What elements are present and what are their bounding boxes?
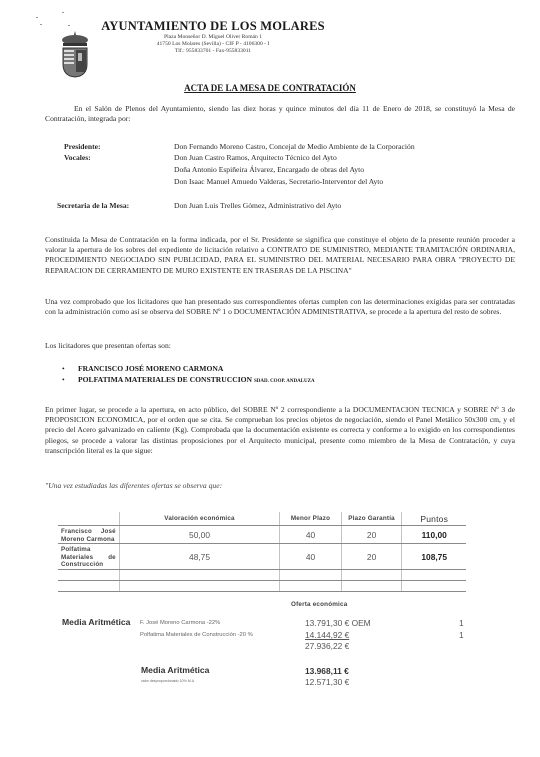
president-name: Don Fernando Moreno Castro, Concejal de … xyxy=(174,142,415,151)
evaluation-table: Valoración económica Menor Plazo Plazo G… xyxy=(58,512,466,592)
score-cell: 40 xyxy=(280,544,342,570)
intro-paragraph: En el Salón de Plenos del Ayuntamiento, … xyxy=(45,104,515,124)
document-title: ACTA DE LA MESA DE CONTRATACIÓN xyxy=(0,83,540,93)
arithmetic-mean-label: Media Aritmética xyxy=(62,617,130,627)
offer-rank: 1 xyxy=(459,618,464,628)
constitution-paragraph: Constituida la Mesa de Contratación en l… xyxy=(45,235,515,276)
offer-sum: 27.936,22 € xyxy=(305,641,349,651)
arithmetic-mean-value: 13.968,11 € xyxy=(305,666,349,676)
bidders-intro: Los licitadores que presentan ofertas so… xyxy=(45,341,515,351)
table-row: Francisco José Moreno Carmona 50,00 40 2… xyxy=(58,526,466,544)
bidder-name: POLFATIMA MATERIALES DE CONSTRUCCION xyxy=(78,375,252,384)
bidder-list-item: •FRANCISCO JOSÉ MORENO CARMONA xyxy=(62,364,223,373)
secretary-label: Secretaria de la Mesa: xyxy=(57,201,129,210)
president-label: Presidente: xyxy=(64,142,101,151)
organization-name: AYUNTAMIENTO DE LOS MOLARES xyxy=(98,19,328,34)
bidder-name: FRANCISCO JOSÉ MORENO CARMONA xyxy=(78,364,223,373)
score-cell: 20 xyxy=(341,544,402,570)
scan-specks xyxy=(0,0,80,30)
empty-row xyxy=(58,580,466,591)
phone-line: Tlf.: 955833701 - Fax-955833011 xyxy=(98,48,328,54)
header-cell: Valoración económica xyxy=(119,512,279,526)
header-cell: Menor Plazo xyxy=(280,512,342,526)
vocales-label: Vocales: xyxy=(64,153,91,162)
offer-bidder: F. José Moreno Carmona -22% xyxy=(140,620,220,626)
points-cell: 108,75 xyxy=(402,544,466,570)
bidder-cell: Francisco José Moreno Carmona xyxy=(58,526,119,544)
score-cell: 40 xyxy=(280,526,342,544)
bidder-cell: Polfatima Materiales de Construcción xyxy=(58,544,119,570)
offer-rank: 1 xyxy=(459,630,464,640)
vocal-name: Don Juan Castro Ramos, Arquitecto Técnic… xyxy=(174,153,337,162)
arithmetic-mean-label: Media Aritmética xyxy=(141,665,209,675)
disproportionate-label: valor desproporcionado 10% M.A xyxy=(141,679,194,683)
bidder-list-item: •POLFATIMA MATERIALES DE CONSTRUCCION SD… xyxy=(62,375,315,384)
bullet-icon: • xyxy=(62,364,78,373)
offer-bidder: Polfatima Materiales de Construcción -20… xyxy=(140,632,253,638)
score-cell: 48,75 xyxy=(119,544,279,570)
vocal-name: Don Isaac Manuel Amuedo Valderas, Secret… xyxy=(174,177,383,186)
verification-paragraph: Una vez comprobado que los licitadores q… xyxy=(45,297,515,317)
score-cell: 20 xyxy=(341,526,402,544)
header-cell xyxy=(58,512,119,526)
quote-line: "Una vez estudiadas las diferentes ofert… xyxy=(45,481,222,490)
points-cell: 110,00 xyxy=(402,526,466,544)
vocal-name: Doña Antonio Espiñeira Álvarez, Encargad… xyxy=(174,165,364,174)
opening-paragraph: En primer lugar, se procede a la apertur… xyxy=(45,405,515,456)
header-cell: Plazo Garantía xyxy=(341,512,402,526)
bidder-suffix: SDAD. COOP. ANDALUZA xyxy=(254,379,315,384)
header-cell: Puntos xyxy=(402,512,466,526)
offer-amount: 14.144,92 € xyxy=(305,630,349,640)
offer-amount: 13.791,30 € OEM xyxy=(305,618,371,628)
table-header-row: Valoración económica Menor Plazo Plazo G… xyxy=(58,512,466,526)
crest-icon xyxy=(60,30,90,78)
economic-offer-header: Oferta económica xyxy=(291,601,347,608)
disproportionate-value: 12.571,30 € xyxy=(305,677,349,687)
empty-row xyxy=(58,569,466,580)
address-line: Plaza Monseñor D. Miguel Oliver Román 1 xyxy=(98,34,328,40)
secretary-name: Don Juan Luis Trelles Gómez, Administrat… xyxy=(174,201,341,210)
bullet-icon: • xyxy=(62,375,78,384)
address-line: 41750 Los Molares (Sevilla) - CIF P - 41… xyxy=(98,41,328,47)
table-row: Polfatima Materiales de Construcción 48,… xyxy=(58,544,466,570)
score-cell: 50,00 xyxy=(119,526,279,544)
